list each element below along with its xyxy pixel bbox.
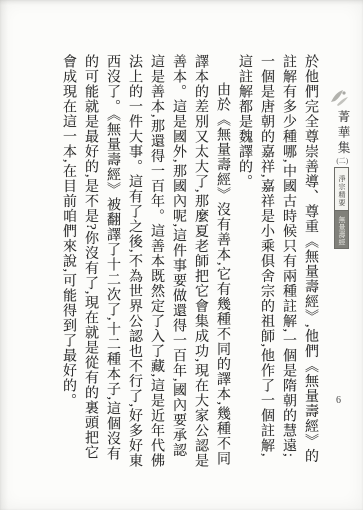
scan-edge-shadow xyxy=(0,0,8,510)
paragraph-continuation: 於他們完全尊崇善導、尊重《無量壽經》,他們《無量壽經》的註解有多少種哪,中國古時… xyxy=(233,54,321,468)
book-page-scan: 菁華集 (二) 淨宗精要 無量壽經 於他們完全尊崇善導、尊重《無量壽經》,他們《… xyxy=(0,0,363,510)
scan-edge-shadow xyxy=(0,0,363,5)
book-volume-label: (二) xyxy=(336,155,348,165)
section-tab-highlight-label: 無量壽經 xyxy=(335,210,348,248)
section-tab: 淨宗精要 無量壽經 xyxy=(334,167,349,249)
book-title: 菁華集 xyxy=(334,110,352,157)
section-tab-label: 淨宗精要 xyxy=(335,168,348,210)
page-body-text: 於他們完全尊崇善導、尊重《無量壽經》,他們《無量壽經》的註解有多少種哪,中國古時… xyxy=(53,54,321,468)
page-number: 6 xyxy=(336,395,341,406)
publisher-seal-icon xyxy=(327,86,351,110)
paragraph: 由於《無量壽經》沒有善本,它有幾種不同的譯本,幾種不同譯本的差別又太大了,那麼夏… xyxy=(57,54,233,468)
